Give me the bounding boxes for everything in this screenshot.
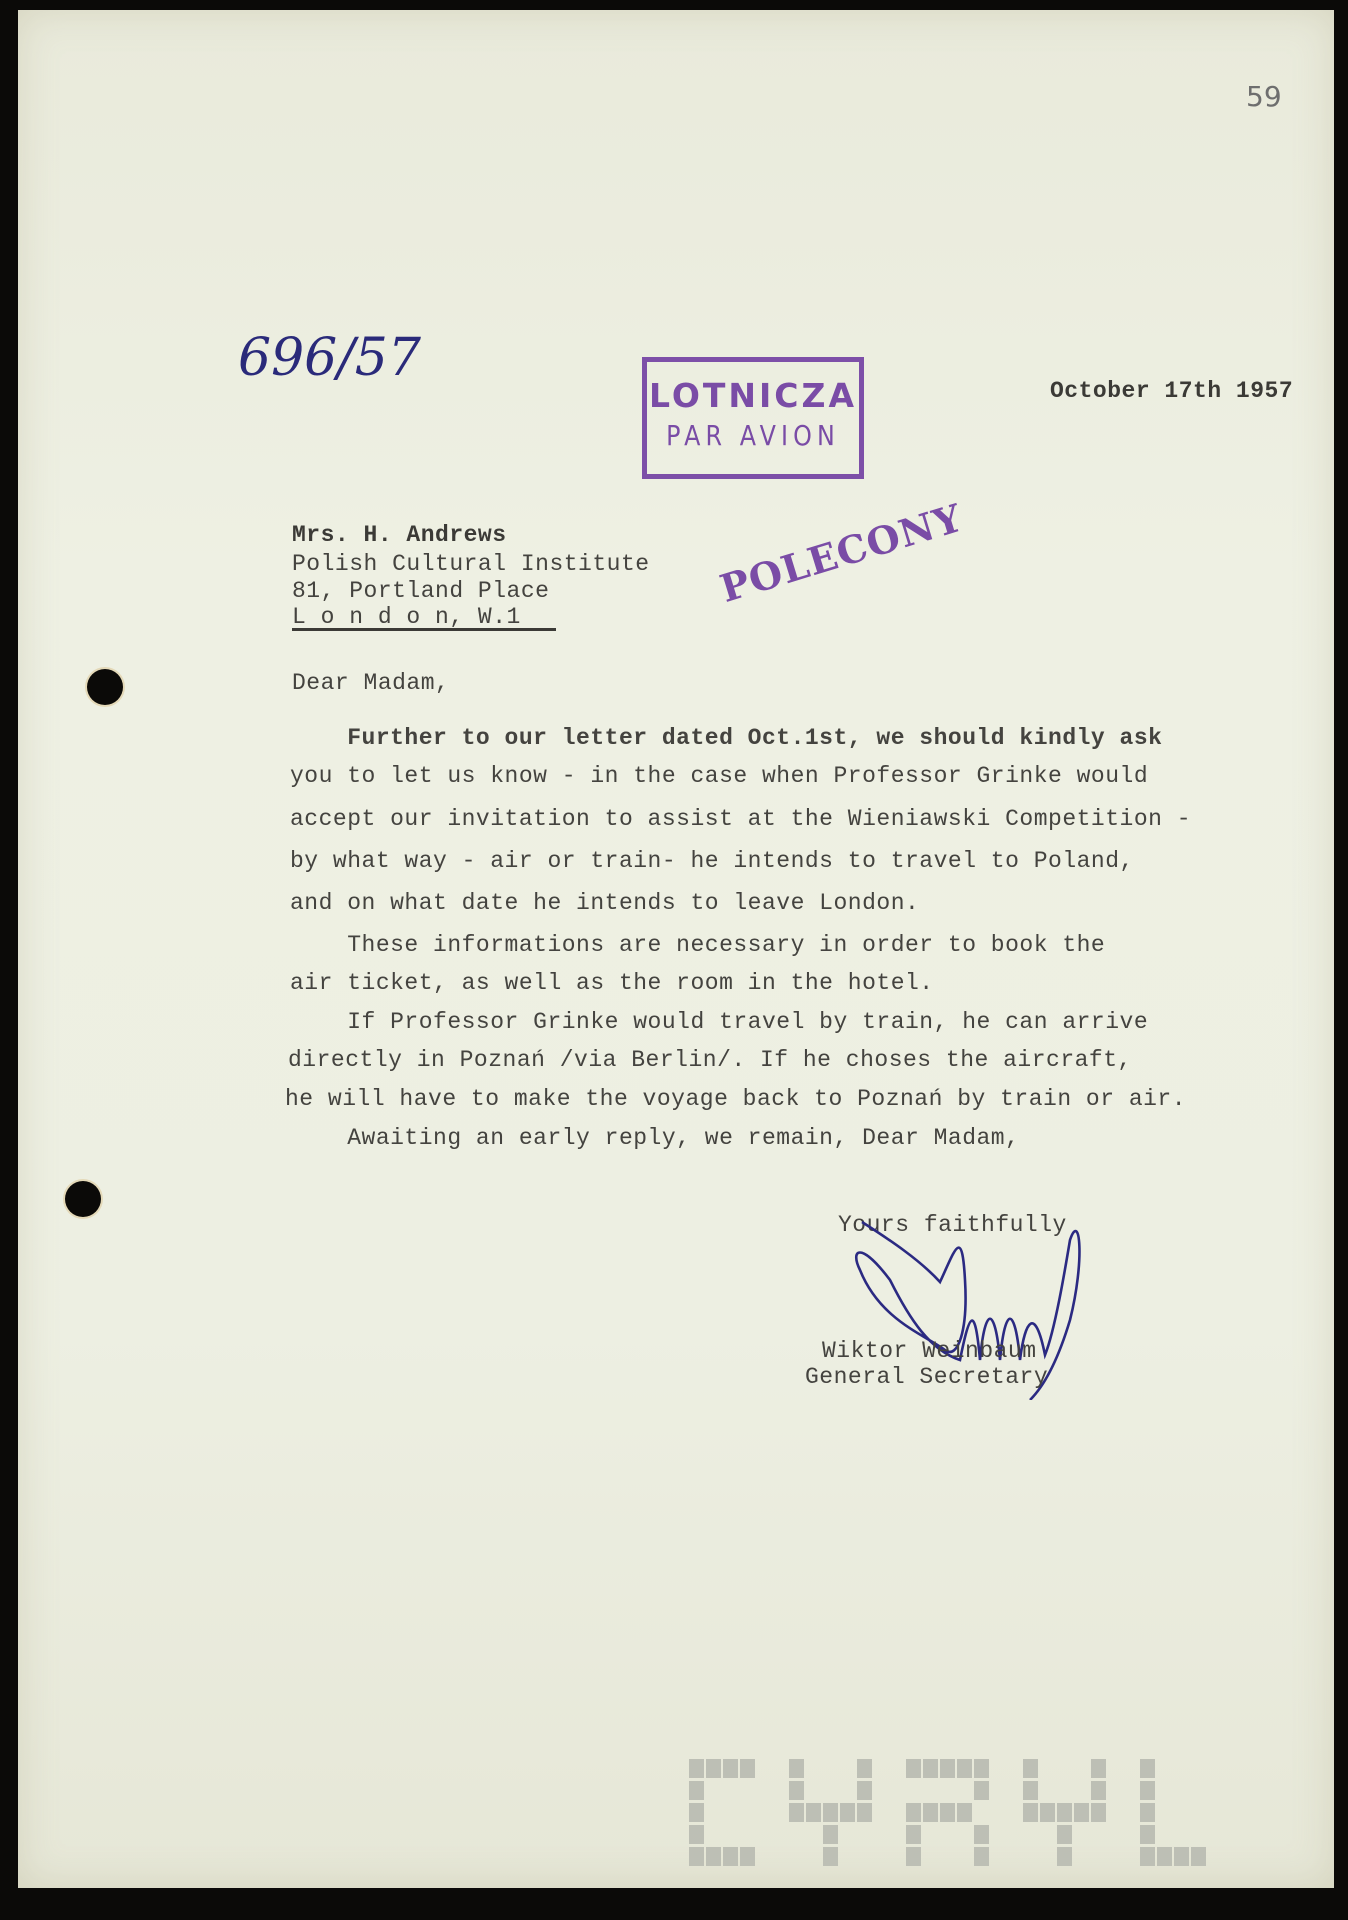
signatory-name: Wiktor Weinbaum bbox=[822, 1338, 1037, 1364]
watermark-block bbox=[857, 1781, 872, 1800]
watermark-block bbox=[1023, 1781, 1038, 1800]
watermark-block bbox=[1023, 1803, 1038, 1822]
recipient-city: L o n d o n, W.1 bbox=[292, 604, 521, 630]
body-line: Further to our letter dated Oct.1st, we … bbox=[290, 725, 1162, 751]
body-line: and on what date he intends to leave Lon… bbox=[290, 890, 919, 916]
watermark-block bbox=[689, 1825, 704, 1844]
body-line: you to let us know - in the case when Pr… bbox=[290, 763, 1148, 789]
airmail-stamp: LOTNICZA PAR AVION bbox=[642, 357, 864, 479]
watermark-block bbox=[1140, 1825, 1155, 1844]
recipient-name: Mrs. H. Andrews bbox=[292, 522, 507, 548]
body-line: If Professor Grinke would travel by trai… bbox=[290, 1009, 1148, 1035]
watermark-block bbox=[723, 1759, 738, 1778]
punch-hole-bottom bbox=[65, 1181, 101, 1217]
watermark-block bbox=[906, 1759, 921, 1778]
watermark-block bbox=[823, 1847, 838, 1866]
watermark-block bbox=[689, 1847, 704, 1866]
watermark-block bbox=[923, 1759, 938, 1778]
watermark-block bbox=[1057, 1825, 1072, 1844]
watermark-block bbox=[923, 1803, 938, 1822]
watermark-block bbox=[1091, 1759, 1106, 1778]
watermark-block bbox=[1023, 1759, 1038, 1778]
watermark-block bbox=[1174, 1847, 1189, 1866]
watermark-block bbox=[723, 1847, 738, 1866]
body-line: he will have to make the voyage back to … bbox=[285, 1086, 1186, 1112]
watermark-block bbox=[940, 1803, 955, 1822]
watermark-block bbox=[974, 1847, 989, 1866]
watermark-block bbox=[1191, 1847, 1206, 1866]
watermark-block bbox=[974, 1781, 989, 1800]
watermark-block bbox=[689, 1759, 704, 1778]
body-line: air ticket, as well as the room in the h… bbox=[290, 970, 934, 996]
body-line: accept our invitation to assist at the W… bbox=[290, 806, 1191, 832]
watermark-block bbox=[1074, 1803, 1089, 1822]
watermark-block bbox=[706, 1847, 721, 1866]
city-underline bbox=[292, 628, 556, 631]
watermark-block bbox=[823, 1803, 838, 1822]
watermark-block bbox=[906, 1803, 921, 1822]
watermark-block bbox=[857, 1759, 872, 1778]
page-number: 59 bbox=[1246, 80, 1282, 113]
watermark-block bbox=[1057, 1803, 1072, 1822]
watermark-block bbox=[789, 1781, 804, 1800]
watermark-block bbox=[706, 1759, 721, 1778]
watermark-block bbox=[1057, 1847, 1072, 1866]
watermark-block bbox=[823, 1825, 838, 1844]
airmail-stamp-line1: LOTNICZA bbox=[647, 376, 859, 415]
watermark-block bbox=[940, 1759, 955, 1778]
watermark-block bbox=[857, 1803, 872, 1822]
watermark-block bbox=[789, 1803, 804, 1822]
watermark-block bbox=[974, 1825, 989, 1844]
body-line: These informations are necessary in orde… bbox=[290, 932, 1105, 958]
watermark-block bbox=[1157, 1847, 1172, 1866]
watermark-block bbox=[957, 1803, 972, 1822]
watermark-block bbox=[1091, 1781, 1106, 1800]
watermark-block bbox=[1140, 1847, 1155, 1866]
watermark-block bbox=[1091, 1803, 1106, 1822]
watermark-block bbox=[840, 1803, 855, 1822]
watermark-block bbox=[1140, 1803, 1155, 1822]
watermark-block bbox=[957, 1759, 972, 1778]
watermark-block bbox=[906, 1847, 921, 1866]
watermark-block bbox=[974, 1759, 989, 1778]
punch-hole-top bbox=[87, 669, 123, 705]
recipient-institution: Polish Cultural Institute bbox=[292, 551, 650, 577]
watermark-block bbox=[1040, 1803, 1055, 1822]
signatory-title: General Secretary bbox=[805, 1364, 1048, 1390]
body-line: Awaiting an early reply, we remain, Dear… bbox=[290, 1125, 1019, 1151]
body-line: by what way - air or train- he intends t… bbox=[290, 848, 1134, 874]
watermark-block bbox=[689, 1781, 704, 1800]
watermark-block bbox=[1140, 1781, 1155, 1800]
reference-number: 696/57 bbox=[238, 328, 421, 388]
watermark-block bbox=[740, 1847, 755, 1866]
watermark-block bbox=[740, 1759, 755, 1778]
watermark-block bbox=[806, 1803, 821, 1822]
watermark-block bbox=[789, 1759, 804, 1778]
watermark-block bbox=[689, 1803, 704, 1822]
watermark-block bbox=[906, 1825, 921, 1844]
letter-date: October 17th 1957 bbox=[1050, 378, 1293, 404]
salutation: Dear Madam, bbox=[292, 670, 449, 696]
body-line: directly in Poznań /via Berlin/. If he c… bbox=[288, 1047, 1132, 1073]
airmail-stamp-line2: PAR AVION bbox=[663, 419, 843, 452]
watermark-block bbox=[1140, 1759, 1155, 1778]
recipient-street: 81, Portland Place bbox=[292, 578, 549, 604]
